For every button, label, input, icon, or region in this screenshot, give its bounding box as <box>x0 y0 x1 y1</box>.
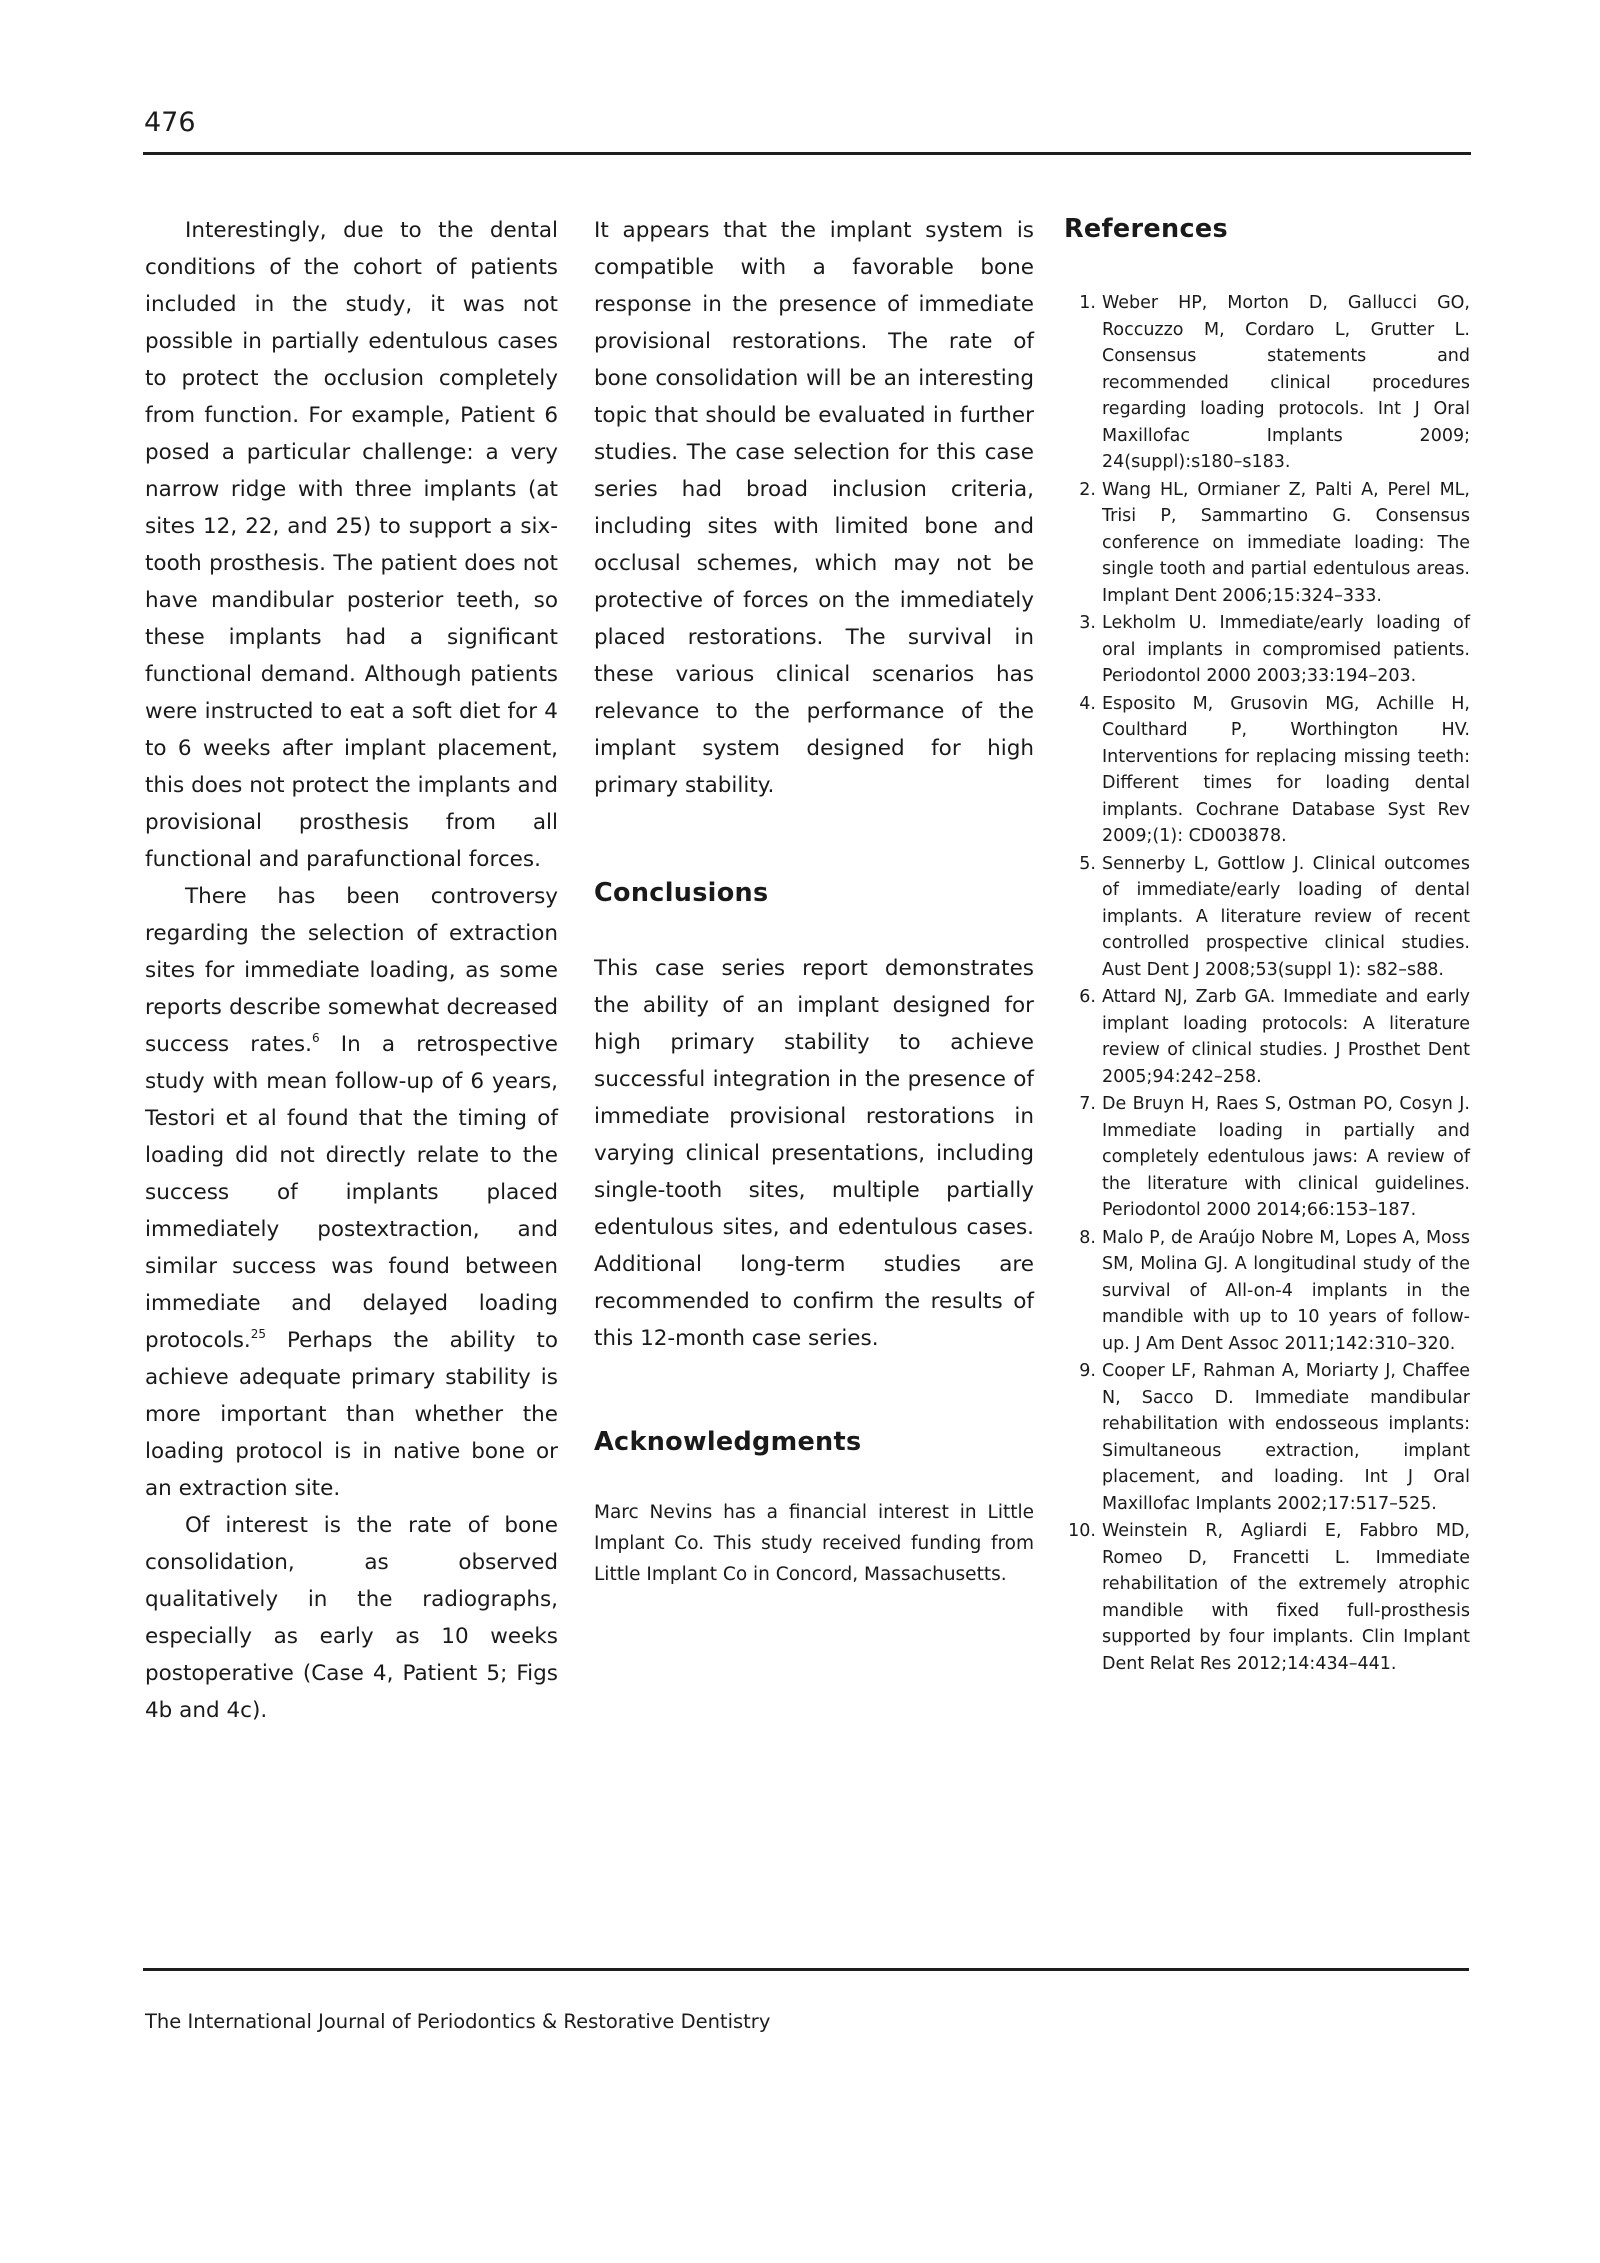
paragraph-text: Perhaps the ability to achieve adequate … <box>145 1328 558 1501</box>
paragraph-text: In a retrospective study with mean follo… <box>145 1032 558 1353</box>
references-list: 1.Weber HP, Morton D, Gallucci GO, Roccu… <box>1064 290 1470 1677</box>
left-column: Interestingly, due to the dental conditi… <box>145 212 558 1729</box>
reference-text: De Bruyn H, Raes S, Ostman PO, Cosyn J. … <box>1102 1091 1470 1224</box>
reference-text: Attard NJ, Zarb GA. Immediate and early … <box>1102 984 1470 1090</box>
reference-item: 8.Malo P, de Araújo Nobre M, Lopes A, Mo… <box>1064 1225 1470 1358</box>
paragraph-text: Interestingly, due to the dental conditi… <box>145 218 558 872</box>
reference-item: 4.Esposito M, Grusovin MG, Achille H, Co… <box>1064 691 1470 850</box>
paragraph-occlusion: Interestingly, due to the dental conditi… <box>145 212 558 878</box>
reference-number: 3. <box>1064 610 1096 637</box>
reference-text: Weber HP, Morton D, Gallucci GO, Roccuzz… <box>1102 290 1470 476</box>
journal-name: The International Journal of Periodontic… <box>145 2010 770 2034</box>
reference-number: 8. <box>1064 1225 1096 1252</box>
middle-column: It appears that the implant system is co… <box>594 212 1034 1590</box>
reference-text: Cooper LF, Rahman A, Moriarty J, Chaffee… <box>1102 1358 1470 1517</box>
reference-number: 9. <box>1064 1358 1096 1385</box>
page-number: 476 <box>144 108 196 138</box>
reference-number: 10. <box>1058 1518 1096 1545</box>
reference-text: Malo P, de Araújo Nobre M, Lopes A, Moss… <box>1102 1225 1470 1358</box>
reference-number: 4. <box>1064 691 1096 718</box>
reference-number: 7. <box>1064 1091 1096 1118</box>
conclusions-text: This case series report demonstrates the… <box>594 950 1034 1357</box>
acknowledgments-text: Marc Nevins has a financial interest in … <box>594 1497 1034 1590</box>
reference-item: 2.Wang HL, Ormianer Z, Palti A, Perel ML… <box>1064 477 1470 610</box>
reference-item: 3.Lekholm U. Immediate/early loading of … <box>1064 610 1470 690</box>
citation-superscript: 25 <box>251 1327 266 1341</box>
reference-item: 7.De Bruyn H, Raes S, Ostman PO, Cosyn J… <box>1064 1091 1470 1224</box>
paragraph-implant-system: It appears that the implant system is co… <box>594 212 1034 804</box>
reference-number: 6. <box>1064 984 1096 1011</box>
footer-rule <box>143 1968 1469 1971</box>
reference-item: 5.Sennerby L, Gottlow J. Clinical outcom… <box>1064 851 1470 984</box>
reference-text: Lekholm U. Immediate/early loading of or… <box>1102 610 1470 690</box>
reference-number: 2. <box>1064 477 1096 504</box>
reference-text: Sennerby L, Gottlow J. Clinical outcomes… <box>1102 851 1470 984</box>
reference-number: 5. <box>1064 851 1096 878</box>
paragraph-bone-consolidation: Of interest is the rate of bone consolid… <box>145 1507 558 1729</box>
reference-item: 1.Weber HP, Morton D, Gallucci GO, Roccu… <box>1064 290 1470 476</box>
paragraph-extraction-sites: There has been controversy regarding the… <box>145 878 558 1507</box>
reference-number: 1. <box>1064 290 1096 317</box>
reference-text: Weinstein R, Agliardi E, Fabbro MD, Rome… <box>1102 1518 1470 1677</box>
header-rule <box>143 152 1471 155</box>
reference-text: Esposito M, Grusovin MG, Achille H, Coul… <box>1102 691 1470 850</box>
reference-item: 9.Cooper LF, Rahman A, Moriarty J, Chaff… <box>1064 1358 1470 1517</box>
conclusions-heading: Conclusions <box>594 878 1034 908</box>
acknowledgments-heading: Acknowledgments <box>594 1427 1034 1457</box>
references-column: References 1.Weber HP, Morton D, Gallucc… <box>1064 212 1470 1678</box>
reference-item: 10.Weinstein R, Agliardi E, Fabbro MD, R… <box>1064 1518 1470 1677</box>
citation-superscript: 6 <box>312 1031 320 1045</box>
references-heading: References <box>1064 214 1470 244</box>
paragraph-text: Of interest is the rate of bone consolid… <box>145 1513 558 1723</box>
reference-text: Wang HL, Ormianer Z, Palti A, Perel ML, … <box>1102 477 1470 610</box>
reference-item: 6.Attard NJ, Zarb GA. Immediate and earl… <box>1064 984 1470 1090</box>
